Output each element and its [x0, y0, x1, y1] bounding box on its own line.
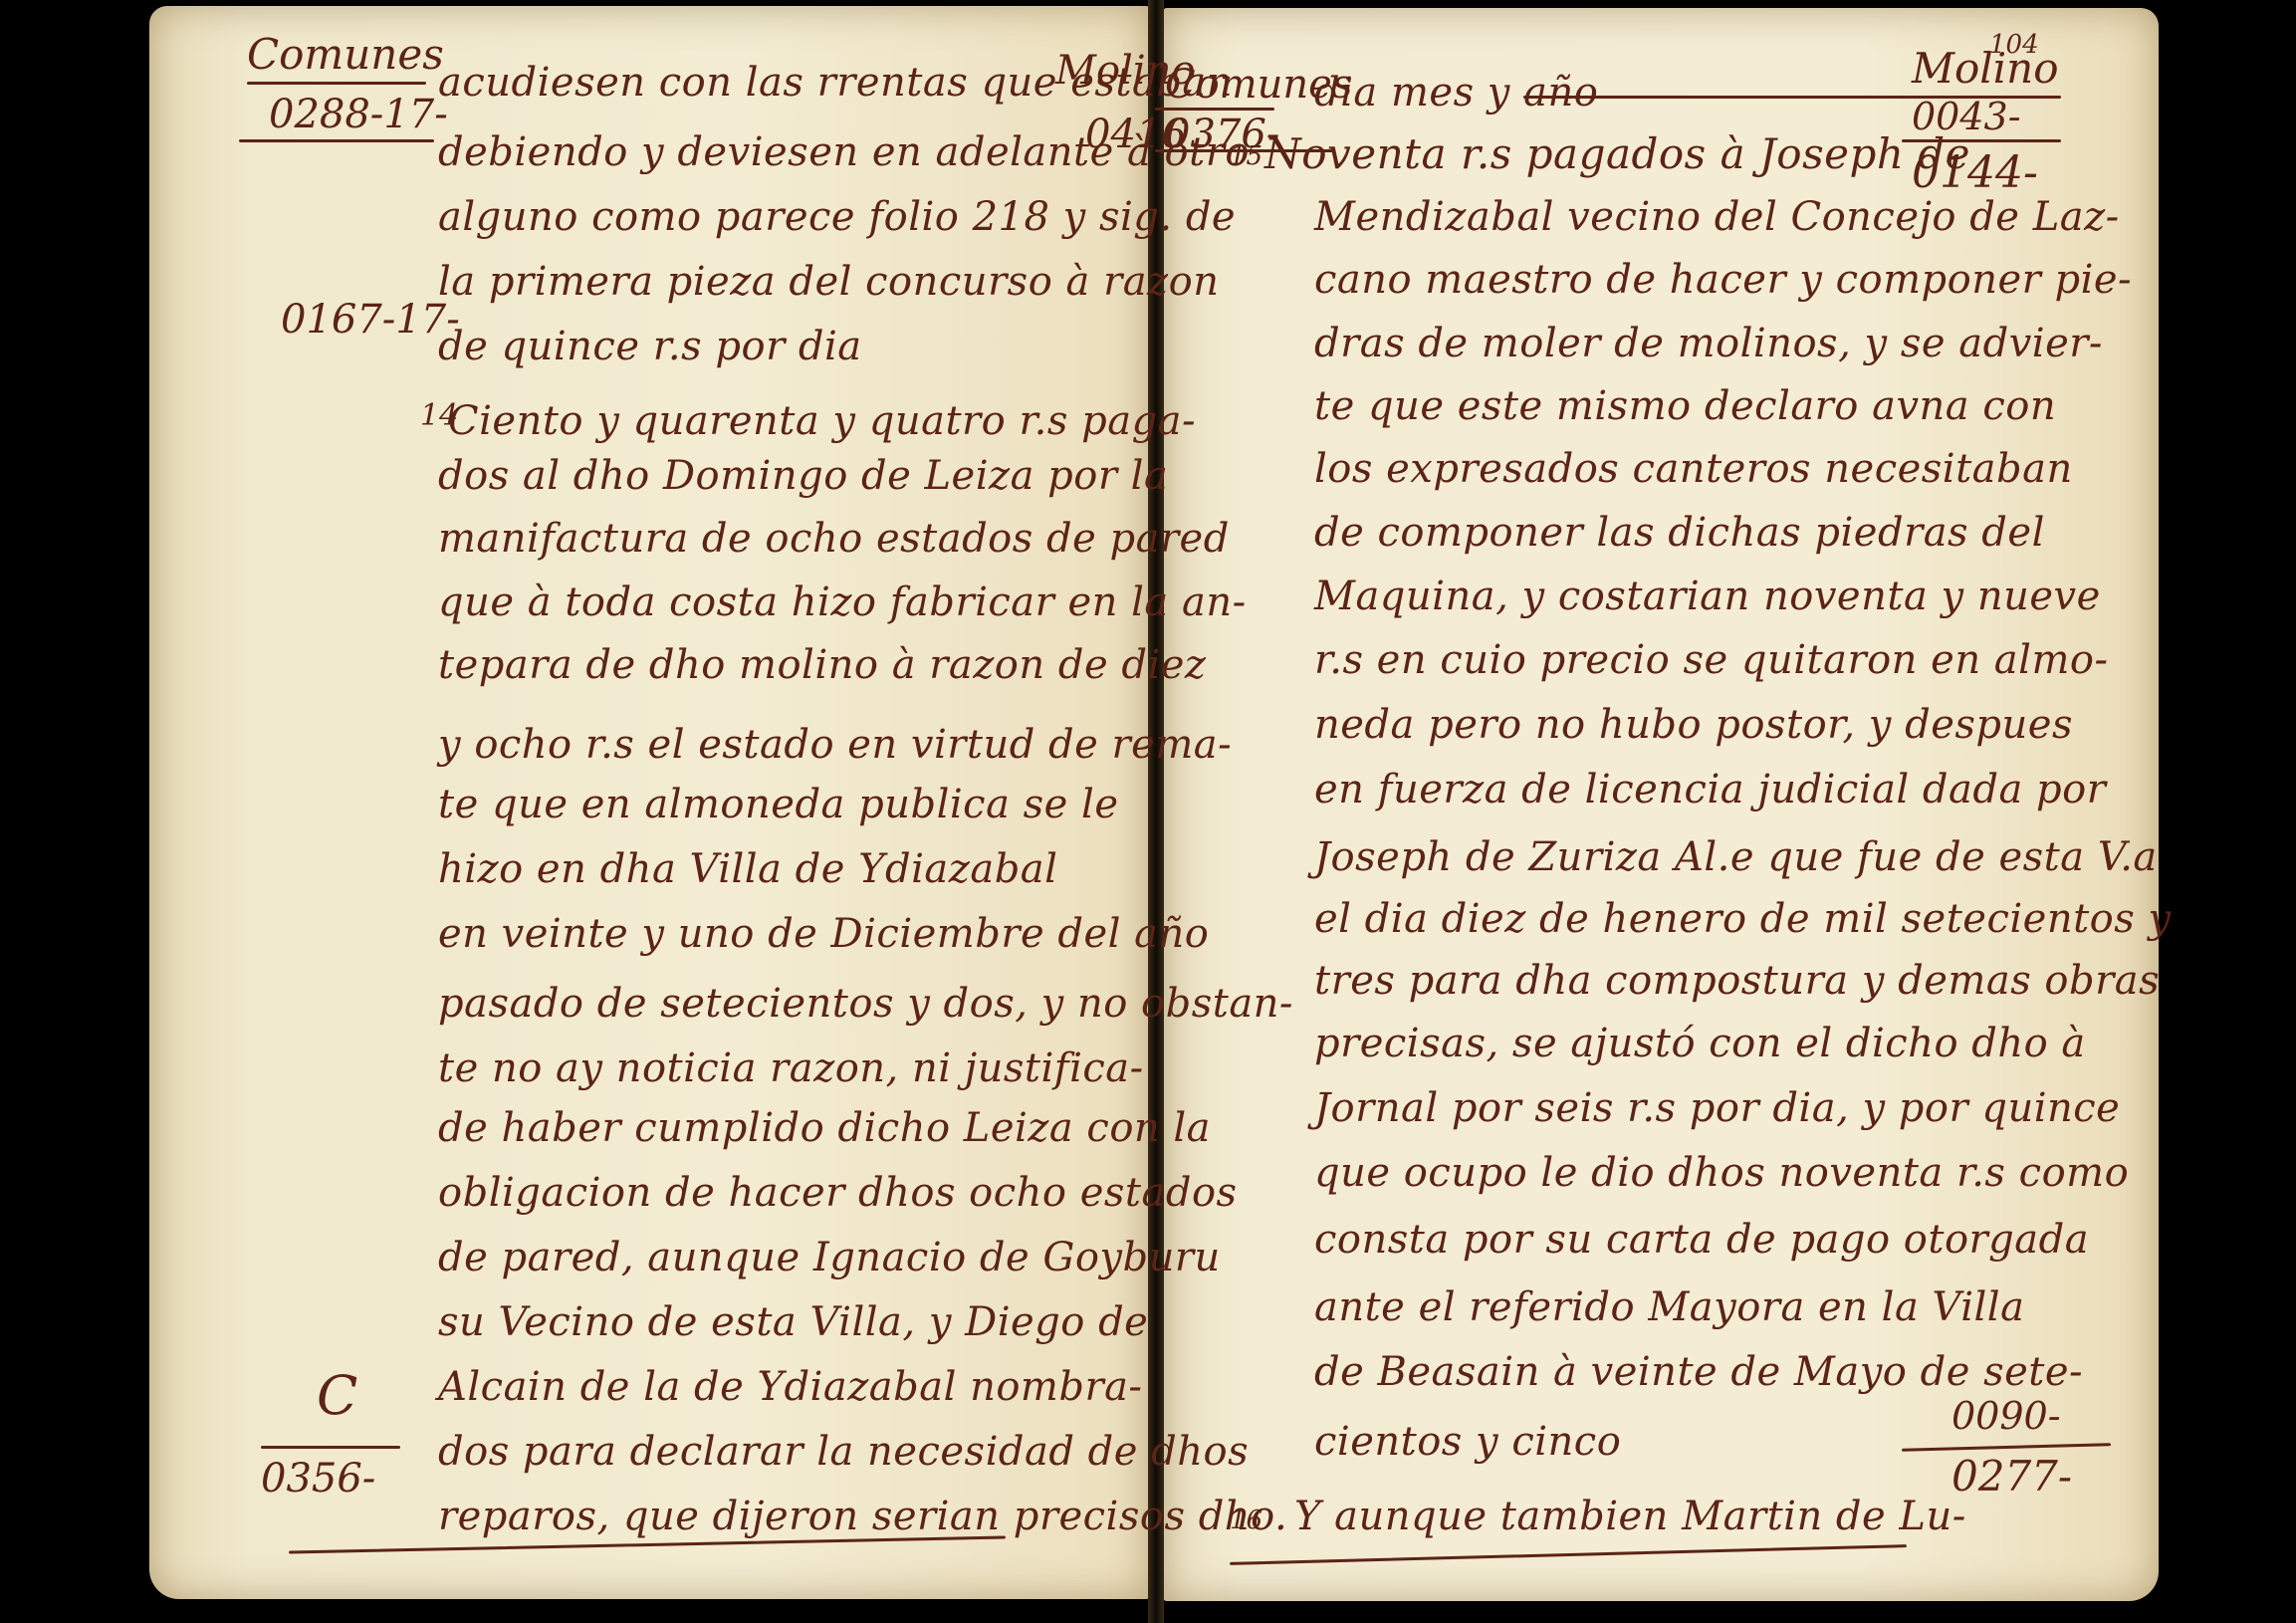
text-line: dras de moler de molinos, y se advier-	[1314, 321, 2103, 366]
left-header-label: Comunes	[247, 30, 444, 79]
text-line: en veinte y uno de Diciembre del año	[438, 911, 1209, 957]
text-line: los expresados canteros necesitaban	[1314, 446, 2073, 492]
text-line: te que este mismo declaro avna con	[1314, 383, 2056, 429]
text-line: manifactura de ocho estados de pared	[438, 516, 1230, 562]
text-line: dia mes y año	[1314, 70, 1598, 116]
text-line: obligacion de hacer dhos ocho estados	[438, 1170, 1238, 1216]
text-line: neda pero no hubo postor, y despues	[1314, 702, 2073, 748]
right-page-header: Molino	[1912, 44, 2059, 93]
text-line: de Beasain à veinte de Mayo de sete-	[1314, 1349, 2083, 1395]
text-line: consta por su carta de pago otorgada	[1314, 1217, 2089, 1263]
text-line: hizo en dha Villa de Ydiazabal	[438, 846, 1057, 892]
right-header-rule	[1155, 108, 1274, 111]
text-line: alguno como parece folio 218 y sig. de	[438, 194, 1236, 240]
text-line: Y aunque tambien Martin de Lu-	[1294, 1494, 1966, 1539]
text-line: y ocho r.s el estado en virtud de rema-	[438, 722, 1232, 768]
text-line: de pared, aunque Ignacio de Goyburu	[438, 1235, 1221, 1280]
text-line: Ciento y quarenta y quatro r.s paga-	[448, 398, 1196, 444]
text-line: que à toda costa hizo fabricar en la an-	[438, 580, 1247, 625]
text-line: dos al dho Domingo de Leiza por la	[438, 453, 1168, 499]
text-line: cientos y cinco	[1314, 1419, 1621, 1465]
text-line: reparos, que dijeron serian precisos dho…	[438, 1494, 1287, 1539]
text-line: dos para declarar la necesidad de dhos	[438, 1429, 1249, 1475]
text-line: cano maestro de hacer y componer pie-	[1314, 257, 2132, 303]
margin-note: C	[317, 1364, 357, 1427]
text-line: Jornal por seis r.s por dia, y por quinc…	[1314, 1085, 2120, 1131]
text-line: acudiesen con las rrentas que estaban	[438, 60, 1233, 106]
ledger-entry: 0090-	[1952, 1394, 2061, 1438]
text-line: en fuerza de licencia judicial dada por	[1314, 767, 2106, 812]
text-line: de haber cumplido dicho Leiza con la	[438, 1105, 1211, 1151]
text-line: de componer las dichas piedras del	[1314, 510, 2045, 556]
text-line: la primera pieza del concurso à razon	[438, 259, 1219, 305]
text-line: su Vecino de esta Villa, y Diego de	[438, 1299, 1148, 1345]
text-line: Noventa r.s pagados à Joseph de	[1264, 129, 1970, 178]
text-line: te que en almoneda publica se le	[438, 782, 1119, 827]
item-number: 16	[1230, 1506, 1263, 1535]
text-line: que ocupo le dio dhos noventa r.s como	[1314, 1150, 2129, 1196]
left-header-number: 0288-17-	[269, 92, 448, 137]
text-line: el dia diez de henero de mil setecientos…	[1314, 896, 2172, 942]
left-header-rule	[247, 82, 426, 85]
text-line: de quince r.s por dia	[438, 324, 862, 369]
margin-note: 0356-	[261, 1456, 375, 1502]
text-line: Alcain de la de Ydiazabal nombra-	[438, 1364, 1142, 1410]
text-line: tepara de dho molino à razon de diez	[438, 642, 1207, 688]
ledger-total: 0277-	[1952, 1452, 2072, 1501]
text-line: precisas, se ajustó con el dicho dho à	[1314, 1021, 2086, 1066]
text-line: tres para dha compostura y demas obras	[1314, 958, 2160, 1004]
text-line: Mendizabal vecino del Concejo de Laz-	[1314, 194, 2120, 240]
book-gutter	[1148, 0, 1164, 1623]
text-line: pasado de setecientos y dos, y no obstan…	[438, 981, 1293, 1027]
text-line: debiendo y deviesen en adelante à otro	[438, 129, 1250, 175]
margin-rule	[261, 1446, 400, 1449]
text-line: te no ay noticia razon, ni justifica-	[438, 1045, 1144, 1091]
text-line: r.s en cuio precio se quitaron en almo-	[1314, 637, 2108, 683]
margin-note: 0167-17-	[281, 297, 460, 343]
text-line: Maquina, y costarian noventa y nueve	[1314, 574, 2101, 619]
item-number: 15	[1230, 141, 1263, 171]
left-header-rule-2	[239, 139, 434, 142]
text-line: Joseph de Zuriza Al.e que fue de esta V.…	[1314, 834, 2158, 880]
text-line: ante el referido Mayora en la Villa	[1314, 1284, 2024, 1330]
